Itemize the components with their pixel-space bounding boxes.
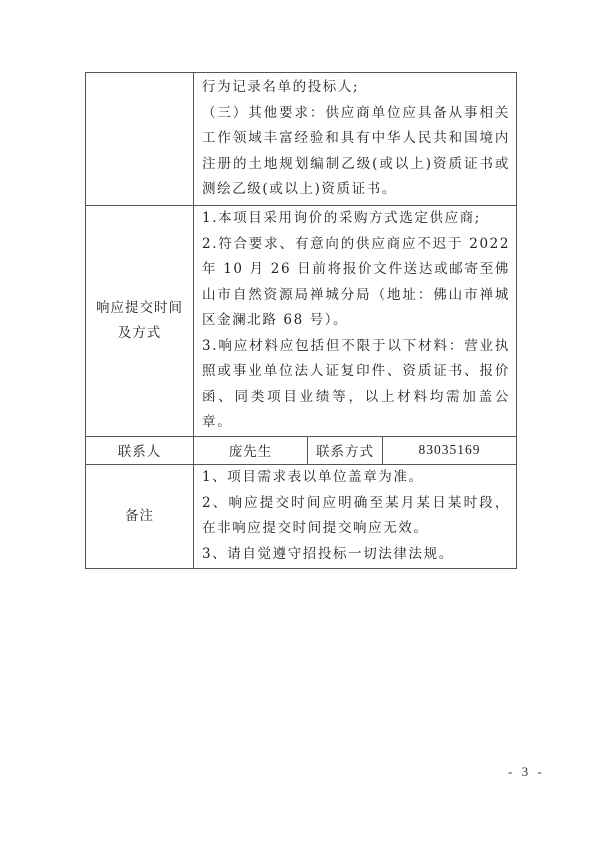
contact-person-value: 庞先生 xyxy=(194,436,308,464)
label-line: 及方式 xyxy=(86,321,193,346)
contact-person-label: 联系人 xyxy=(86,436,194,464)
table-row-contact: 联系人 庞先生 联系方式 83035169 xyxy=(86,436,517,464)
contact-phone-value: 83035169 xyxy=(383,436,517,464)
table-row-other-requirements: 行为记录名单的投标人; （三）其他要求：供应商单位应具备从事相关工作领域丰富经验… xyxy=(86,73,517,206)
submission-item: 2.符合要求、有意向的供应商应不迟于 2022 年 10 月 26 日前将报价文… xyxy=(202,232,510,334)
remarks-content: 1、项目需求表以单位盖章为准。 2、响应提交时间应明确至某月某日某时段，在非响应… xyxy=(194,464,517,568)
submission-content: 1.本项目采用询价的采购方式选定供应商; 2.符合要求、有意向的供应商应不迟于 … xyxy=(194,206,517,437)
requirements-content: 行为记录名单的投标人; （三）其他要求：供应商单位应具备从事相关工作领域丰富经验… xyxy=(194,73,517,206)
row-label-empty xyxy=(86,73,194,206)
remarks-label: 备注 xyxy=(86,464,194,568)
remark-item: 2、响应提交时间应明确至某月某日某时段，在非响应提交时间提交响应无效。 xyxy=(202,491,510,542)
table-row-remarks: 备注 1、项目需求表以单位盖章为准。 2、响应提交时间应明确至某月某日某时段，在… xyxy=(86,464,517,568)
label-line: 响应提交时间 xyxy=(86,296,193,321)
submission-item: 1.本项目采用询价的采购方式选定供应商; xyxy=(202,206,510,232)
remark-item: 3、请自觉遵守招投标一切法律法规。 xyxy=(202,542,510,568)
requirement-line: 行为记录名单的投标人; xyxy=(202,75,510,101)
submission-time-label: 响应提交时间 及方式 xyxy=(86,206,194,437)
document-page: 行为记录名单的投标人; （三）其他要求：供应商单位应具备从事相关工作领域丰富经验… xyxy=(0,0,600,848)
remark-item: 1、项目需求表以单位盖章为准。 xyxy=(202,465,510,491)
contact-phone-label: 联系方式 xyxy=(308,436,383,464)
requirement-line: （三）其他要求：供应商单位应具备从事相关工作领域丰富经验和具有中华人民共和国境内… xyxy=(202,101,510,203)
page-number: - 3 - xyxy=(508,764,545,780)
table-row-submission-time: 响应提交时间 及方式 1.本项目采用询价的采购方式选定供应商; 2.符合要求、有… xyxy=(86,206,517,437)
procurement-info-table: 行为记录名单的投标人; （三）其他要求：供应商单位应具备从事相关工作领域丰富经验… xyxy=(85,72,517,569)
submission-item: 3.响应材料应包括但不限于以下材料：营业执照或事业单位法人证复印件、资质证书、报… xyxy=(202,334,510,436)
